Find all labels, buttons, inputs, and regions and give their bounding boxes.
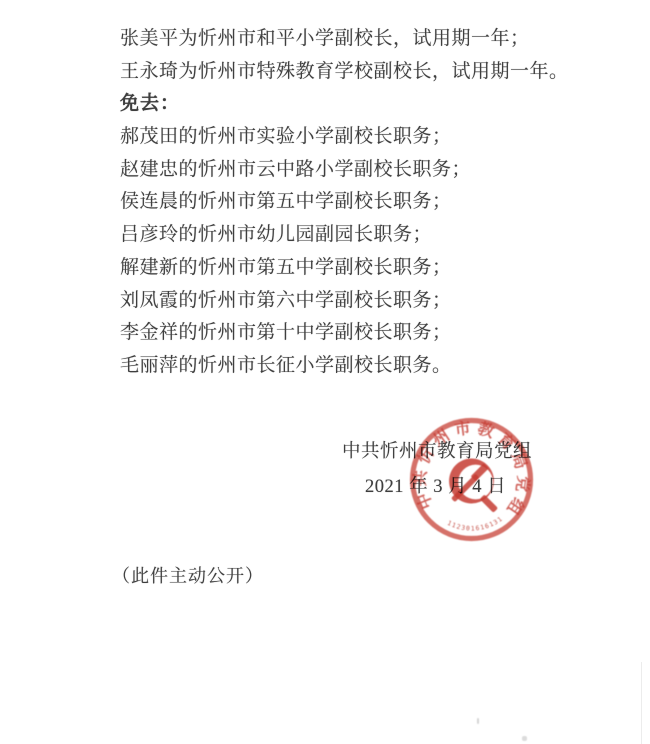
dismissal-line: 解建新的忻州市第五中学副校长职务； [120, 252, 569, 285]
document-page: 张美平为忻州市和平小学副校长，试用期一年； 王永琦为忻州市特殊教育学校副校长，试… [0, 0, 650, 744]
seal-ring-text: 中共忻州市教育局党组 [411, 418, 532, 523]
appointment-line: 张美平为忻州市和平小学副校长，试用期一年； [120, 23, 569, 56]
hammer-sickle-icon [449, 459, 498, 513]
dismissal-line: 刘凤霞的忻州市第六中学副校长职务； [120, 285, 569, 318]
scan-artifact-speck [522, 736, 527, 741]
dismissal-line: 侯连晨的忻州市第五中学副校长职务； [120, 186, 569, 219]
dismissal-line: 赵建忠的忻州市云中路小学副校长职务； [120, 154, 569, 187]
appointment-line: 王永琦为忻州市特殊教育学校副校长，试用期一年。 [120, 56, 569, 89]
scan-artifact-speck [477, 718, 479, 724]
scan-artifact-line [641, 662, 642, 744]
footer-note: （此件主动公开） [112, 562, 264, 588]
body-text: 张美平为忻州市和平小学副校长，试用期一年； 王永琦为忻州市特殊教育学校副校长，试… [120, 23, 569, 383]
official-seal: 中共忻州市教育局党组 1123016161318 [405, 413, 538, 546]
dismissal-line: 李金祥的忻州市第十中学副校长职务； [120, 317, 569, 350]
dismissal-line: 吕彦玲的忻州市幼儿园副园长职务； [120, 219, 569, 252]
dismissal-line: 毛丽萍的忻州市长征小学副校长职务。 [120, 350, 569, 383]
dismissal-line: 郝茂田的忻州市实验小学副校长职务； [120, 121, 569, 154]
dismissal-header: 免去： [120, 88, 569, 121]
svg-text:中共忻州市教育局党组: 中共忻州市教育局党组 [411, 418, 532, 523]
